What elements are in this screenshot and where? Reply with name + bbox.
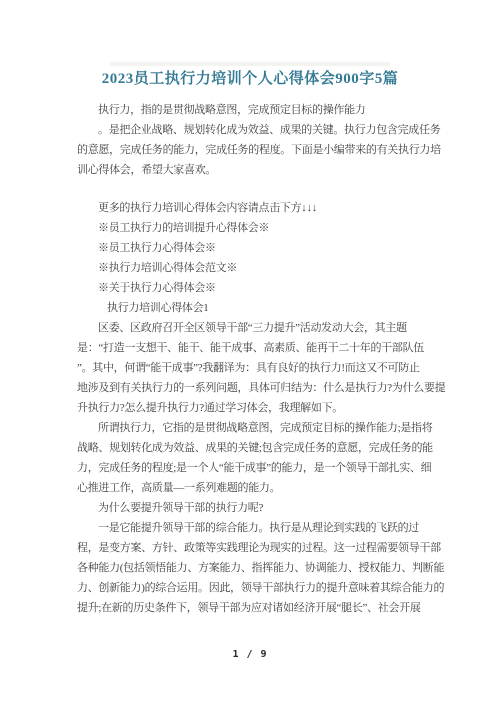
related-article-link[interactable]: ※员工执行力的培训提升心得体会※ [77,218,423,238]
text-line: 执行力培训心得体会1 [77,298,423,318]
text-line: 提升;在新的历史条件下，领导干部为应对诸如经济开展“腿长”、社会开展 [77,598,423,618]
text-line: 所谓执行力，它指的是贯彻战略意图，完成预定目标的操作能力;是指将 [77,418,423,438]
related-article-link[interactable]: ※执行力培训心得体会范文※ [77,258,423,278]
text-line: 升执行力?怎么提升执行力?通过学习体会，我理解如下。 [77,398,423,418]
related-article-link[interactable]: ※员工执行力心得体会※ [77,238,423,258]
text-line: 是：“打造一支想干、能干、能干成事、高素质、能再干二十年的干部队伍 [77,338,423,358]
text-line: 力、创新能力)的综合运用。因此，领导干部执行力的提升意味着其综合能力的 [77,578,423,598]
text-line: 。是把企业战略、规划转化成为效益、成果的关键。执行力包含完成任务 [77,120,423,140]
related-article-link[interactable]: ※关于执行力心得体会※ [77,278,423,298]
text-line: 更多的执行力培训心得体会内容请点击下方↓↓↓ [77,198,423,218]
text-line: ”。其中，何谓“能干成事”?我翻译为：具有良好的执行力!而这又不可防止 [77,358,423,378]
text-line: 地涉及到有关执行力的一系列问题，具体可归结为：什么是执行力?为什么要提 [77,378,423,398]
text-line: 程，是变方案、方针、政策等实践理论为现实的过程。这一过程需要领导干部 [77,538,423,558]
text-line: 心推进工作，高质量—一系列难题的能力。 [77,478,423,498]
text-line: 执行力，指的是贯彻战略意图，完成预定目标的操作能力 [77,100,423,120]
document-page: 2023员工执行力培训个人心得体会900字5篇 执行力，指的是贯彻战略意图，完成… [0,0,500,707]
text-line: 力，完成任务的程度;是一个人“能干成事”的能力，是一个领导干部扎实、细 [77,458,423,478]
text-line: 的意愿，完成任务的能力，完成任务的程度。下面是小编带来的有关执行力培 [77,140,423,160]
text-line: 一是它能提升领导干部的综合能力。执行是从理论到实践的飞跃的过 [77,518,423,538]
text-line: 区委、区政府召开全区领导干部“三力提升”活动发动大会，其主题 [77,318,423,338]
text-line: 为什么要提升领导干部的执行力呢? [77,498,423,518]
document-title: 2023员工执行力培训个人心得体会900字5篇 [0,0,500,88]
page-number: 1 / 9 [0,649,500,660]
document-body: 执行力，指的是贯彻战略意图，完成预定目标的操作能力。是把企业战略、规划转化成为效… [0,100,500,618]
text-line: 训心得体会，希望大家喜欢。 [77,160,423,180]
text-line: 战略、规划转化成为效益、成果的关键;包含完成任务的意愿，完成任务的能 [77,438,423,458]
faint-highlight-artifact [110,62,390,66]
text-line: 各种能力(包括领悟能力、方案能力、指挥能力、协调能力、授权能力、判断能 [77,558,423,578]
